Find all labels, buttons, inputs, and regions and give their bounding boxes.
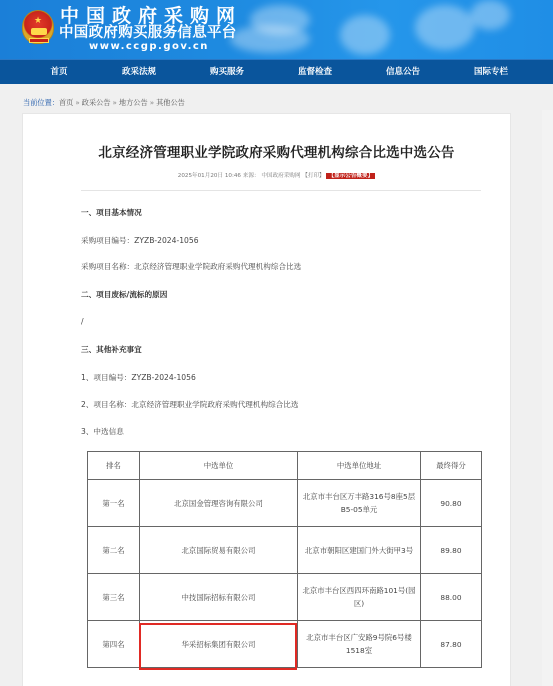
section-heading-basic-info: 一、项目基本情况	[81, 208, 142, 218]
header-score: 最终得分	[421, 452, 482, 480]
site-banner: ★ 中国政府采购网 中国政府购买服务信息平台 www.ccgp.gov.cn	[0, 0, 553, 59]
breadcrumb-separator: »	[75, 98, 79, 107]
header-company: 中选单位	[140, 452, 298, 480]
nav-item-international[interactable]: 国际专栏	[456, 60, 526, 85]
cell-rank: 第一名	[88, 480, 140, 527]
cell-address: 北京市丰台区万丰路316号8座5层B5-05单元	[298, 480, 421, 527]
nav-item-purchase-services[interactable]: 购买服务	[192, 60, 262, 85]
breadcrumb: 当前位置：首页»政采公告»地方公告»其他公告	[23, 98, 185, 108]
table-row: 第一名 北京国金管理咨询有限公司 北京市丰台区万丰路316号8座5层B5-05单…	[88, 480, 482, 527]
cell-score: 87.80	[421, 621, 482, 668]
project-name-line: 采购项目名称：北京经济管理职业学院政府采购代理机构综合比选	[81, 262, 301, 272]
cell-company: 北京国际贸易有限公司	[140, 527, 298, 574]
site-subtitle: 中国政府购买服务信息平台	[59, 25, 237, 41]
site-url: www.ccgp.gov.cn	[89, 41, 209, 53]
cell-company: 华采招标集团有限公司	[140, 621, 298, 668]
nav-item-supervision[interactable]: 监督检查	[280, 60, 350, 85]
nav-item-announcements[interactable]: 信息公告	[368, 60, 438, 85]
print-button[interactable]: 【打印】	[302, 173, 324, 179]
breadcrumb-separator: »	[113, 98, 117, 107]
show-summary-button[interactable]: 【显示公告概要】	[326, 173, 375, 179]
table-row: 第三名 中技国际招标有限公司 北京市丰台区西四环南路101号(园区) 88.00	[88, 574, 482, 621]
cloud-decoration	[470, 0, 510, 30]
breadcrumb-procurement-announcements[interactable]: 政采公告	[82, 98, 111, 107]
article-title: 北京经济管理职业学院政府采购代理机构综合比选中选公告	[0, 141, 553, 161]
item-project-number: 1、项目编号：ZYZB-2024-1056	[81, 373, 196, 383]
cell-rank: 第三名	[88, 574, 140, 621]
breadcrumb-separator: »	[150, 98, 154, 107]
cell-score: 89.80	[421, 527, 482, 574]
table-row: 第二名 北京国际贸易有限公司 北京市朝阳区建国门外大街甲3号 89.80	[88, 527, 482, 574]
title-divider	[81, 190, 481, 191]
national-emblem-icon[interactable]: ★	[22, 10, 54, 44]
article-meta: 2025年01月20日 10:46 来源： 中国政府采购网 【打印】 【显示公告…	[0, 172, 553, 181]
project-number-line: 采购项目编号：ZYZB-2024-1056	[81, 236, 199, 246]
item-project-name: 2、项目名称：北京经济管理职业学院政府采购代理机构综合比选	[81, 400, 298, 410]
page-scrollbar[interactable]	[542, 110, 553, 686]
table-header-row: 排名 中选单位 中选单位地址 最终得分	[88, 452, 482, 480]
header-address: 中选单位地址	[298, 452, 421, 480]
nav-item-regulations[interactable]: 政采法规	[104, 60, 174, 85]
cell-score: 88.00	[421, 574, 482, 621]
breadcrumb-other-announcements[interactable]: 其他公告	[156, 98, 185, 107]
selection-results-table: 排名 中选单位 中选单位地址 最终得分 第一名 北京国金管理咨询有限公司 北京市…	[87, 451, 482, 668]
item-selection-info: 3、中选信息	[81, 427, 124, 437]
cloud-decoration	[340, 15, 390, 55]
site-name[interactable]: 中国政府采购网	[60, 6, 242, 26]
source-name: 中国政府采购网	[261, 173, 300, 179]
main-nav: 首页 政采法规 购买服务 监督检查 信息公告 国际专栏	[0, 59, 553, 84]
cell-company: 北京国金管理咨询有限公司	[140, 480, 298, 527]
section-heading-failure-reason: 二、项目废标/流标的原因	[81, 290, 167, 300]
cell-address: 北京市丰台区西四环南路101号(园区)	[298, 574, 421, 621]
nav-item-home[interactable]: 首页	[24, 60, 94, 85]
cell-address: 北京市丰台区广安路9号院6号楼1518室	[298, 621, 421, 668]
section-heading-other-matters: 三、其他补充事宜	[81, 345, 142, 355]
source-label: 来源：	[243, 173, 260, 179]
cell-company: 中技国际招标有限公司	[140, 574, 298, 621]
failure-reason-text: /	[81, 317, 84, 327]
cell-score: 90.80	[421, 480, 482, 527]
cell-rank: 第四名	[88, 621, 140, 668]
breadcrumb-label: 当前位置：	[23, 98, 59, 107]
breadcrumb-home[interactable]: 首页	[59, 98, 73, 107]
publish-datetime: 2025年01月20日 10:46	[178, 173, 241, 179]
header-rank: 排名	[88, 452, 140, 480]
table-row: 第四名 华采招标集团有限公司 北京市丰台区广安路9号院6号楼1518室 87.8…	[88, 621, 482, 668]
cloud-decoration	[415, 5, 475, 50]
breadcrumb-local-announcements[interactable]: 地方公告	[119, 98, 148, 107]
cell-rank: 第二名	[88, 527, 140, 574]
cell-address: 北京市朝阳区建国门外大街甲3号	[298, 527, 421, 574]
cloud-decoration	[230, 25, 310, 53]
